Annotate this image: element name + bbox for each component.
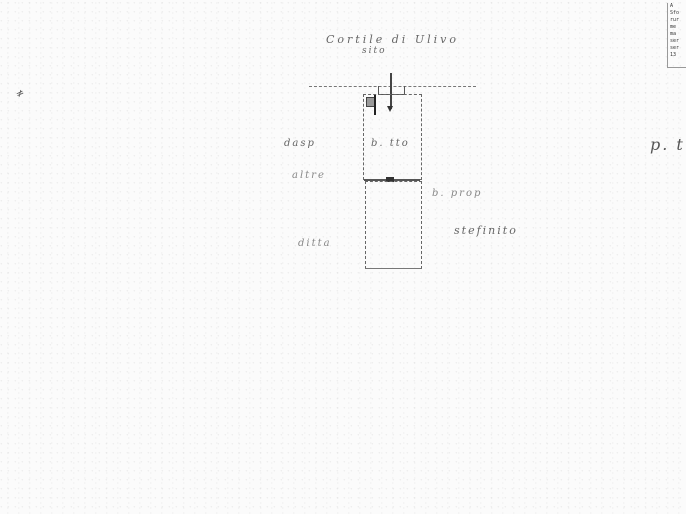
legend-stamp: A Sfo rur me ma ser ser 13 bbox=[667, 3, 686, 68]
scan-noise bbox=[0, 0, 686, 514]
legend-line: me bbox=[670, 24, 686, 31]
legend-line: ma bbox=[670, 31, 686, 38]
label-right-middle: b. prop bbox=[432, 188, 482, 199]
label-left-top: dasp bbox=[284, 138, 316, 149]
label-left-bottom: ditta bbox=[298, 238, 332, 249]
room-upper-label: b. tto bbox=[371, 138, 410, 149]
legend-line: ser bbox=[670, 45, 686, 52]
label-right-lower: stefinito bbox=[454, 224, 518, 237]
legend-line: A bbox=[670, 3, 686, 10]
legend-line: rur bbox=[670, 17, 686, 24]
legend-line: 13 bbox=[670, 52, 686, 59]
margin-mark-icon: ≠ bbox=[14, 86, 28, 100]
label-left-middle: altre bbox=[292, 170, 326, 181]
wall-segment bbox=[374, 95, 376, 115]
drawing-title: Cortile di Ulivo bbox=[326, 33, 459, 46]
room-lower bbox=[365, 181, 422, 269]
legend-line: Sfo bbox=[670, 10, 686, 17]
drawing-subtitle: sito bbox=[362, 46, 387, 56]
label-far-right: p. t bbox=[650, 135, 685, 154]
legend-line: ser bbox=[670, 38, 686, 45]
